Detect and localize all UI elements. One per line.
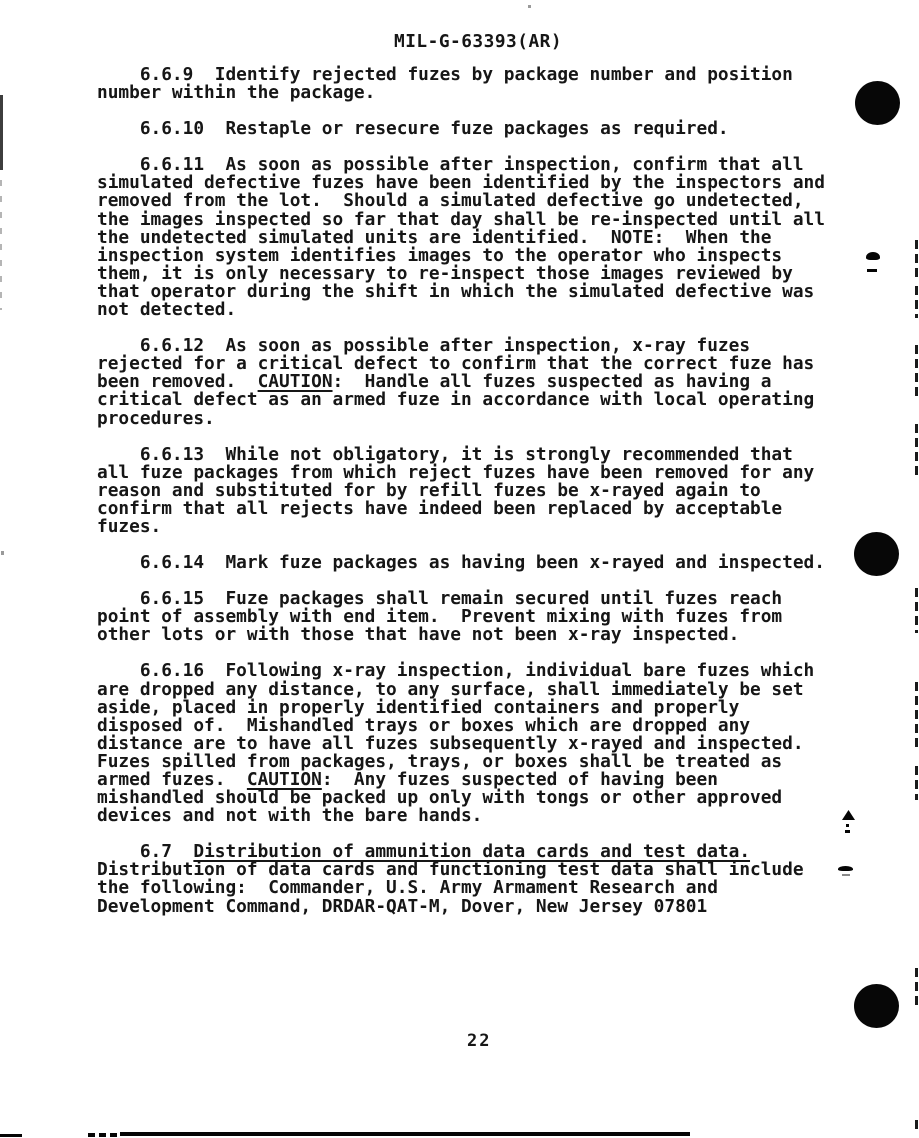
punch-hole-top bbox=[855, 81, 900, 125]
paragraph-text: 6.6.14 Mark fuze packages as having been… bbox=[97, 552, 825, 573]
bottom-bar-segment bbox=[0, 1134, 22, 1137]
right-edge-mark bbox=[915, 682, 918, 750]
speck-mark bbox=[842, 874, 850, 876]
right-edge-mark bbox=[915, 286, 918, 318]
scanned-document-page: MIL-G-63393(AR) 6.6.9 Identify rejected … bbox=[0, 0, 919, 1138]
dash-mark bbox=[867, 269, 877, 272]
right-edge-mark bbox=[915, 345, 918, 400]
punch-hole-bottom bbox=[854, 984, 899, 1028]
punch-hole-middle bbox=[854, 532, 899, 576]
dash-mark bbox=[838, 866, 853, 871]
right-edge-mark bbox=[915, 1120, 918, 1132]
right-edge-mark bbox=[915, 240, 918, 278]
speck-mark bbox=[528, 5, 531, 8]
paragraph-6-6-16: 6.6.16 Following x-ray inspection, indiv… bbox=[97, 662, 877, 825]
paragraph-6-6-13: 6.6.13 While not obligatory, it is stron… bbox=[97, 446, 877, 536]
paragraph-6-6-10: 6.6.10 Restaple or resecure fuze package… bbox=[97, 120, 877, 138]
paragraph-text: 6.6.11 As soon as possible after inspect… bbox=[97, 154, 825, 320]
left-edge-mark bbox=[1, 551, 4, 555]
page-number: 22 bbox=[467, 1031, 491, 1051]
paragraph-6-6-11: 6.6.11 As soon as possible after inspect… bbox=[97, 156, 877, 319]
paragraph-text: 6.6.15 Fuze packages shall remain secure… bbox=[97, 588, 782, 645]
paragraph-6-7: 6.7 Distribution of ammunition data card… bbox=[97, 843, 877, 915]
paragraph-6-6-15: 6.6.15 Fuze packages shall remain secure… bbox=[97, 590, 877, 644]
paragraph-text: 6.6.13 While not obligatory, it is stron… bbox=[97, 444, 814, 537]
paragraph-6-6-12: 6.6.12 As soon as possible after inspect… bbox=[97, 337, 877, 427]
paragraph-text: 6.6.10 Restaple or resecure fuze package… bbox=[97, 118, 729, 139]
arrow-blob-mark bbox=[866, 252, 880, 260]
bottom-bar bbox=[120, 1132, 690, 1136]
paragraph-text: 6.6.9 Identify rejected fuzes by package… bbox=[97, 64, 793, 103]
right-edge-mark bbox=[915, 968, 918, 1005]
speck-mark bbox=[846, 824, 849, 827]
document-body: 6.6.9 Identify rejected fuzes by package… bbox=[97, 66, 877, 934]
right-edge-mark bbox=[915, 424, 918, 480]
right-edge-mark bbox=[915, 766, 918, 800]
paragraph-text: Distribution of data cards and functioni… bbox=[97, 859, 804, 916]
paragraph-6-6-9: 6.6.9 Identify rejected fuzes by package… bbox=[97, 66, 877, 102]
speck-mark bbox=[845, 830, 850, 833]
bottom-bar-segment bbox=[88, 1133, 120, 1137]
left-edge-mark bbox=[0, 180, 2, 310]
document-header: MIL-G-63393(AR) bbox=[394, 31, 562, 52]
left-edge-mark bbox=[0, 95, 3, 170]
right-edge-mark bbox=[915, 588, 918, 633]
paragraph-6-6-14: 6.6.14 Mark fuze packages as having been… bbox=[97, 554, 877, 572]
